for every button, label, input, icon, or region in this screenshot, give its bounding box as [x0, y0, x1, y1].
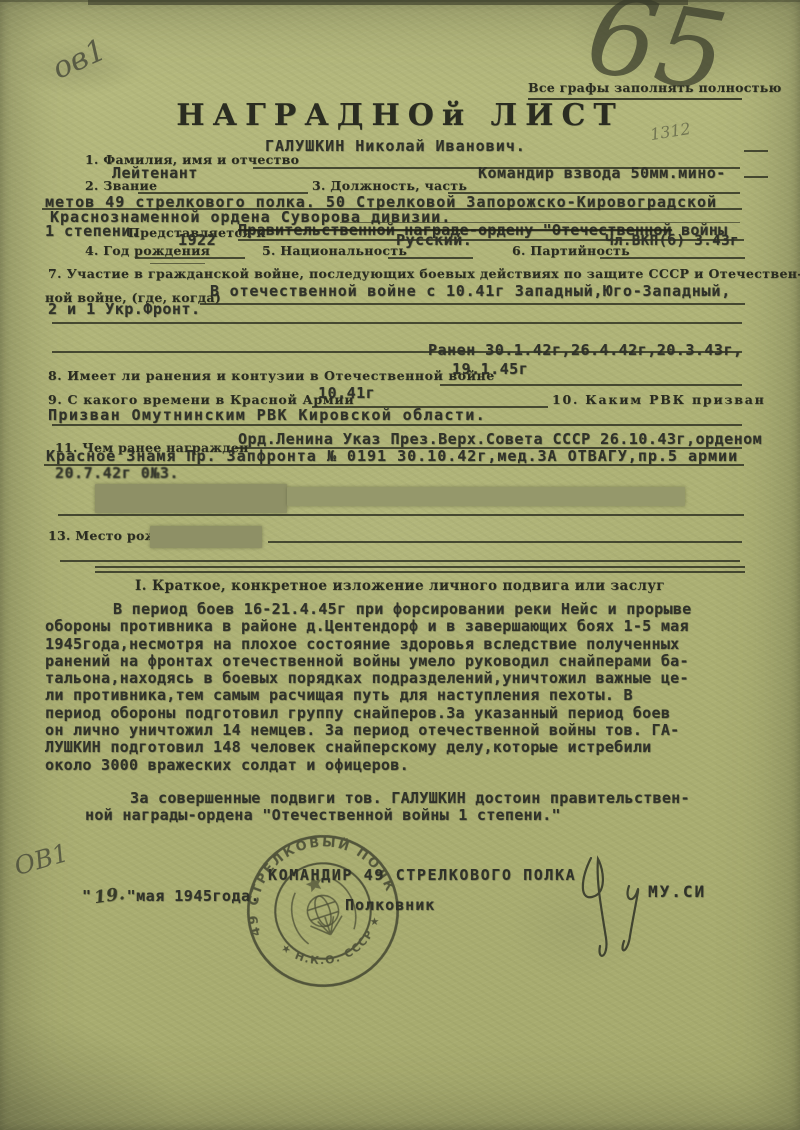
signature-stroke: [623, 886, 639, 950]
pencil-mark-top-left: ов1: [47, 32, 111, 86]
label-rank: 2. Звание: [85, 178, 157, 193]
prior-awards-value-1: Орд.Ленина Указ През.Верх.Совета СССР 26…: [238, 430, 762, 448]
dash-mark: [744, 150, 768, 152]
signature-stroke: [583, 858, 607, 956]
feat-line: он лично уничтожил 14 немцев. За период …: [45, 722, 755, 739]
ruled-line: [388, 257, 473, 259]
feat-line: В период боев 16-21.4.45г при форсирован…: [45, 601, 755, 618]
army-since-value: 10.41г: [318, 384, 375, 402]
label-army-since: 9. С какого времени в Красной Армии: [48, 392, 354, 407]
redaction-block: [95, 484, 287, 513]
section-heading: I. Краткое, конкретное изложение личного…: [100, 578, 700, 594]
commander-rank: Полковник: [345, 896, 435, 914]
ruled-line: [58, 514, 744, 516]
date-rest: "мая 1945года.: [127, 887, 260, 905]
feat-paragraph-2: За совершенные подвиги тов. ГАЛУШКИН дос…: [45, 790, 755, 825]
feat-line: обороны противника в районе д.Центендорф…: [45, 618, 755, 635]
ruled-line: [135, 257, 245, 259]
label-birth-year: 4. Год рождения: [85, 243, 210, 258]
date-day-handwritten: 19.: [92, 884, 126, 908]
commander-signature: [575, 846, 735, 974]
ruled-line: [440, 384, 742, 386]
commander-line: КОМАНДИР 49 СТРЕЛКОВОГО ПОЛКА: [268, 866, 576, 884]
date-quote-open: ": [82, 887, 92, 905]
dash-mark: [744, 176, 768, 178]
ruled-line: [268, 541, 742, 543]
ruled-line: [150, 263, 205, 264]
wounds-value-above: Ранен 30.1.42г,26.4.42г,20.3.43г,: [428, 341, 743, 359]
feat-line: ли противника,тем самым расчищая путь дл…: [45, 687, 755, 704]
pencil-mark-bottom-left: ОВ1: [11, 838, 72, 881]
prior-awards-value-2: Красное Знамя Пр. Запфронта № 0191 30.10…: [46, 447, 738, 465]
label-drafted-by: 10. Каким РВК призван: [552, 392, 766, 407]
date-line: "19."мая 1945года.: [82, 886, 260, 906]
fill-all-note: Все графы заполнять полностью: [528, 80, 742, 100]
feat-line: За совершенные подвиги тов. ГАЛУШКИН дос…: [45, 790, 755, 807]
feat-line: 1945года,несмотря на плохое состояние зд…: [45, 636, 755, 653]
award-sheet-document: ов1 65 1312 Все графы заполнять полность…: [0, 0, 800, 1130]
label-war-participation: 7. Участие в гражданской войне, последую…: [48, 266, 800, 281]
wounds-value: 19.1.45г: [452, 360, 528, 378]
small-number-handwritten: 1312: [649, 119, 692, 144]
position-value: Командир взвода 50мм.мино-: [478, 164, 726, 182]
redaction-block: [150, 526, 262, 548]
section-divider-line: [95, 566, 745, 568]
label-wounds: 8. Имеет ли ранения и контузии в Отечест…: [48, 368, 495, 383]
section-divider-line: [95, 571, 745, 573]
ruled-line: [200, 303, 745, 305]
party-value: Чл.ВКП(б) 3.43г: [605, 233, 739, 249]
feat-line: ранений на фронтах отечественной войны у…: [45, 653, 755, 670]
feat-line: тальона,находясь в боевых порядках подра…: [45, 670, 755, 687]
feat-paragraph-1: В период боев 16-21.4.45г при форсирован…: [45, 601, 755, 774]
signature-name: МУ.СИ: [648, 882, 706, 901]
ruled-line: [52, 322, 742, 324]
redaction-block: [287, 487, 685, 506]
feat-line: ЛУШКИН подготовил 148 человек снайперско…: [45, 739, 755, 756]
name-value: ГАЛУШКИН Николай Иванович.: [265, 137, 526, 155]
award-degree-value: 1 степени.: [45, 222, 140, 240]
ruled-line: [52, 424, 742, 426]
feat-line: период обороны подготовил группу снайпер…: [45, 705, 755, 722]
feat-line: ной награды-ордена "Отечественной войны …: [45, 807, 755, 824]
war-participation-value-2: 2 и 1 Укр.Фронт.: [48, 300, 201, 318]
feat-line: около 3000 вражеских солдат и офицеров.: [45, 757, 755, 774]
nationality-value: Русский.: [396, 231, 472, 249]
ruled-line: [60, 560, 740, 562]
war-participation-value-1: В отечественной войне с 10.41г Западный,…: [210, 282, 731, 300]
page-title: НАГРАДНОй ЛИСТ: [150, 98, 650, 133]
drafted-by-value: Призван Омутнинским РВК Кировской област…: [48, 406, 486, 424]
label-nationality: 5. Национальность: [262, 243, 407, 258]
prior-awards-value-3: 20.7.42г 0№3.: [55, 464, 179, 482]
label-position: 3. Должность, часть: [312, 178, 467, 193]
ruled-line: [600, 257, 745, 259]
